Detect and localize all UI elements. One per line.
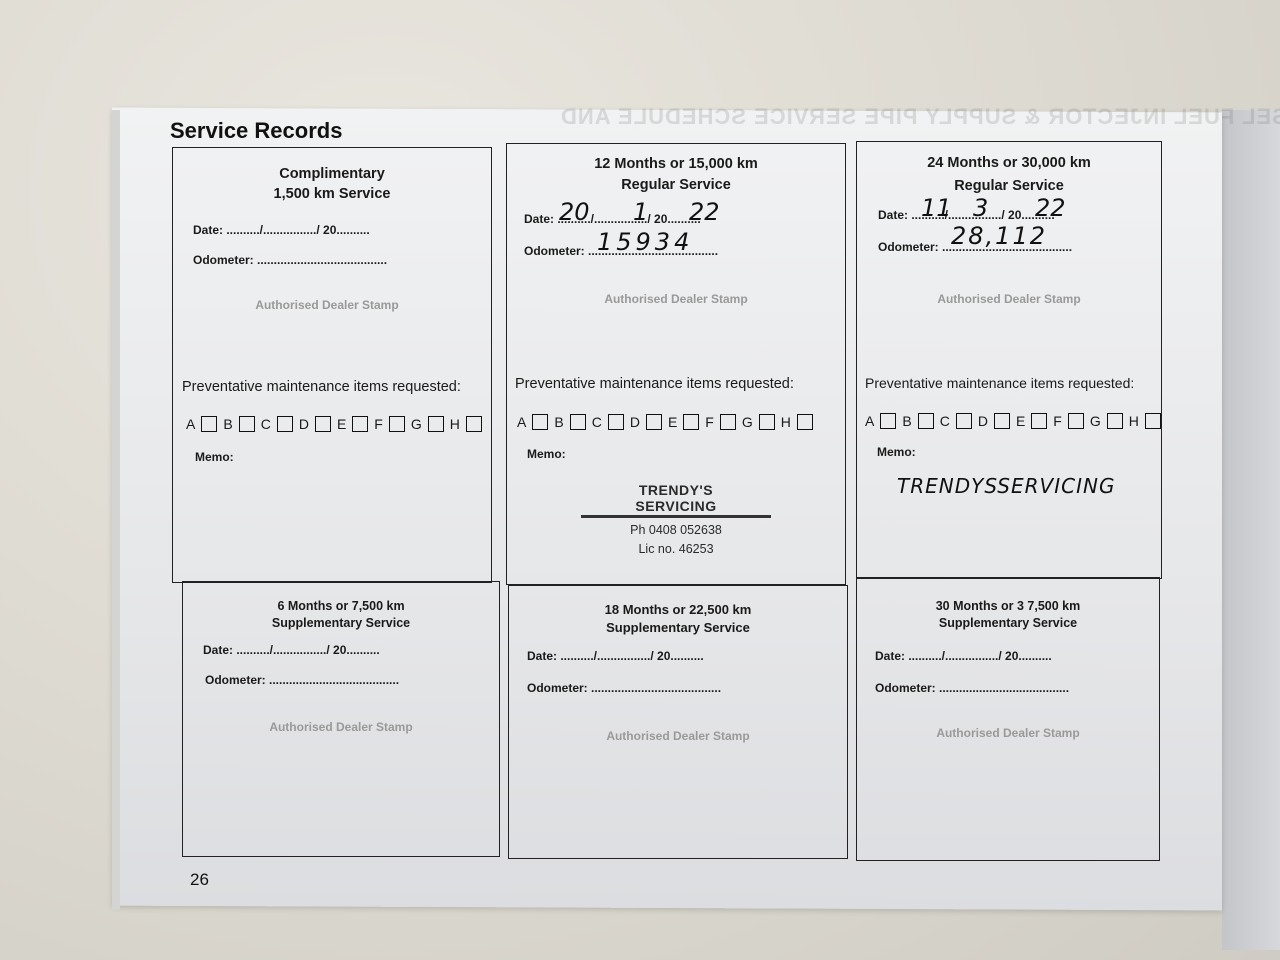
preventative-label: Preventative maintenance items requested…	[182, 379, 461, 395]
handwritten-month: 1	[633, 198, 648, 226]
odometer-field[interactable]: Odometer: ..............................…	[205, 673, 399, 687]
handwritten-odometer: 15934	[597, 228, 693, 256]
page-title: Service Records	[170, 118, 342, 144]
checkbox-d[interactable]	[646, 414, 662, 430]
record-title-line1: 12 Months or 15,000 km	[507, 154, 845, 174]
stamp-licence: Lic no. 46253	[581, 542, 771, 556]
dealer-ink-stamp: TRENDY'S SERVICING Ph 0408 052638 Lic no…	[581, 482, 771, 556]
checkbox-e[interactable]	[683, 414, 699, 430]
checkbox-b[interactable]	[239, 416, 255, 432]
checkbox-g[interactable]	[428, 416, 444, 432]
dealer-stamp-area: Authorised Dealer Stamp	[183, 720, 499, 734]
checkbox-b[interactable]	[570, 414, 586, 430]
record-title-line2: Supplementary Service	[509, 619, 847, 637]
dealer-stamp-area: Authorised Dealer Stamp	[163, 298, 491, 312]
bleed-through-text: DIESEL FUEL INJECTOR & SUPPLY PIPE SERVI…	[560, 104, 1280, 130]
checkbox-e[interactable]	[352, 416, 368, 432]
date-field[interactable]: Date: ........../................/ 20...…	[193, 223, 370, 237]
dealer-stamp-area: Authorised Dealer Stamp	[857, 726, 1159, 740]
record-title-line1: 30 Months or 3 7,500 km	[857, 598, 1159, 615]
preventative-label: Preventative maintenance items requested…	[865, 375, 1134, 391]
date-field[interactable]: Date: ........../................/ 20...…	[203, 643, 380, 657]
handwritten-year: 22	[689, 198, 720, 226]
memo-label: Memo:	[877, 445, 916, 459]
dealer-stamp-area: Authorised Dealer Stamp	[507, 292, 845, 306]
checkbox-a[interactable]	[201, 416, 217, 432]
record-title-line2: Supplementary Service	[857, 615, 1159, 632]
checkbox-row: A B C D E F G H	[861, 413, 1161, 429]
record-title-line1: 6 Months or 7,500 km	[183, 598, 499, 615]
checkbox-a[interactable]	[880, 413, 896, 429]
date-field[interactable]: Date: ........../................/ 20...…	[527, 649, 704, 663]
dealer-stamp-area: Authorised Dealer Stamp	[509, 729, 847, 743]
odometer-field[interactable]: Odometer: ..............................…	[193, 253, 387, 267]
record-title-line1: Complimentary	[173, 164, 491, 184]
stamp-phone: Ph 0408 052638	[581, 523, 771, 537]
record-title-line2: 1,500 km Service	[173, 184, 491, 204]
checkbox-f[interactable]	[389, 416, 405, 432]
odometer-field[interactable]: Odometer: ..............................…	[875, 681, 1069, 695]
record-30-months: 30 Months or 3 7,500 km Supplementary Se…	[856, 577, 1160, 861]
stamp-business-name: TRENDY'S SERVICING	[581, 482, 771, 518]
page-number: 26	[190, 870, 209, 890]
checkbox-e[interactable]	[1031, 413, 1047, 429]
record-title-line1: 24 Months or 30,000 km	[857, 153, 1161, 173]
checkbox-f[interactable]	[720, 414, 736, 430]
checkbox-c[interactable]	[277, 416, 293, 432]
dealer-stamp-area: Authorised Dealer Stamp	[857, 292, 1161, 306]
checkbox-h[interactable]	[797, 414, 813, 430]
checkbox-row: A B C D E F G H	[513, 414, 813, 430]
odometer-field[interactable]: Odometer: ..............................…	[527, 681, 721, 695]
checkbox-a[interactable]	[532, 414, 548, 430]
preventative-label: Preventative maintenance items requested…	[515, 376, 794, 392]
checkbox-f[interactable]	[1068, 413, 1084, 429]
checkbox-g[interactable]	[1107, 413, 1123, 429]
record-12-months: 12 Months or 15,000 km Regular Service D…	[506, 143, 846, 585]
record-title-line1: 18 Months or 22,500 km	[509, 601, 847, 619]
record-18-months: 18 Months or 22,500 km Supplementary Ser…	[508, 585, 848, 859]
date-field[interactable]: Date: ........../................/ 20...…	[524, 212, 701, 226]
handwritten-day: 11	[921, 194, 952, 222]
record-complimentary: Complimentary 1,500 km Service Date: ...…	[172, 147, 492, 583]
handwritten-year: 22	[1035, 194, 1066, 222]
memo-label: Memo:	[195, 450, 234, 464]
handwritten-month: 3	[973, 194, 988, 222]
checkbox-d[interactable]	[994, 413, 1010, 429]
checkbox-c[interactable]	[608, 414, 624, 430]
handwritten-day: 20	[559, 198, 590, 226]
checkbox-h[interactable]	[466, 416, 482, 432]
record-title-line2: Regular Service	[857, 176, 1161, 196]
memo-label: Memo:	[527, 447, 566, 461]
checkbox-c[interactable]	[956, 413, 972, 429]
record-title-line2: Regular Service	[507, 175, 845, 195]
date-field[interactable]: Date: ........../................/ 20...…	[875, 649, 1052, 663]
facing-page-edge	[1222, 110, 1280, 950]
date-field[interactable]: Date: ........../................/ 20...…	[878, 208, 1055, 222]
record-24-months: 24 Months or 30,000 km Regular Service D…	[856, 141, 1162, 579]
handwritten-odometer: 28,112	[951, 222, 1047, 250]
record-6-months: 6 Months or 7,500 km Supplementary Servi…	[182, 581, 500, 857]
record-title-line2: Supplementary Service	[183, 615, 499, 632]
checkbox-row: A B C D E F G H	[182, 416, 482, 432]
checkbox-b[interactable]	[918, 413, 934, 429]
checkbox-g[interactable]	[759, 414, 775, 430]
handwritten-memo: TRENDYSSERVICING	[897, 474, 1115, 498]
page-stack-edge	[112, 110, 120, 910]
checkbox-d[interactable]	[315, 416, 331, 432]
checkbox-h[interactable]	[1145, 413, 1161, 429]
